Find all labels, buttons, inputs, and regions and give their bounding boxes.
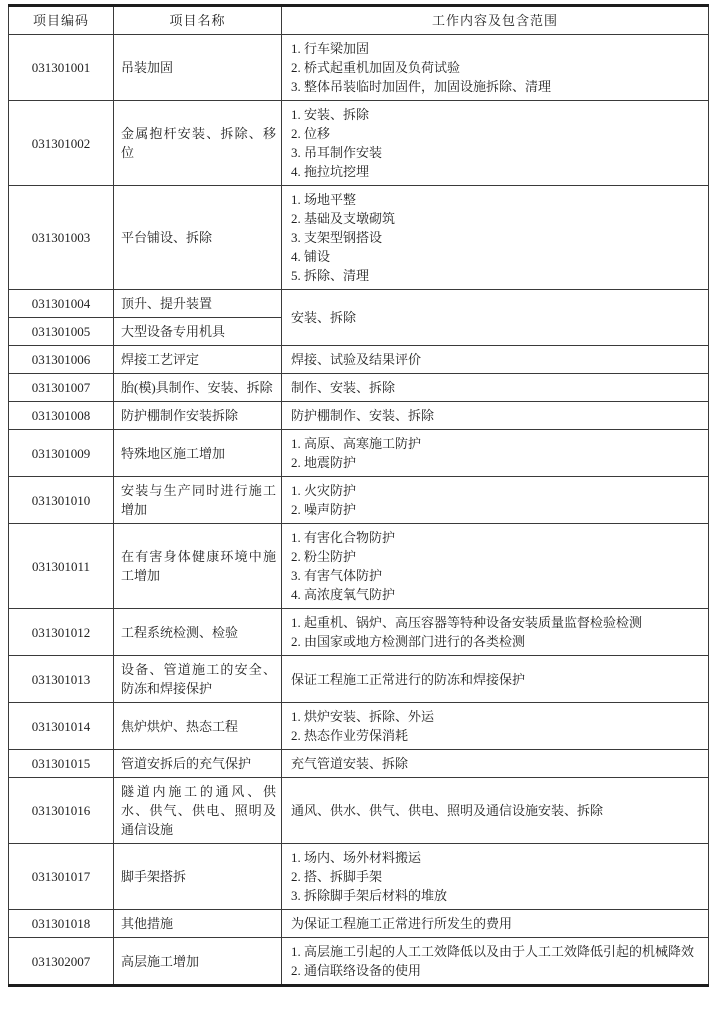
work-content-line: 为保证工程施工正常进行所发生的费用 — [291, 914, 700, 933]
table-row: 031301016隧道内施工的通风、供水、供气、供电、照明及通信设施通风、供水、… — [9, 778, 709, 844]
work-content: 1. 烘炉安装、拆除、外运2. 热态作业劳保消耗 — [282, 703, 709, 750]
project-code: 031301006 — [9, 346, 114, 374]
work-content-line: 2. 粉尘防护 — [291, 547, 700, 566]
project-code: 031301014 — [9, 703, 114, 750]
work-content-line: 1. 烘炉安装、拆除、外运 — [291, 707, 700, 726]
project-name: 设备、管道施工的安全、防冻和焊接保护 — [114, 656, 282, 703]
project-name: 顶升、提升装置 — [114, 290, 282, 318]
table-row: 031301014焦炉烘炉、热态工程1. 烘炉安装、拆除、外运2. 热态作业劳保… — [9, 703, 709, 750]
work-content-line: 3. 拆除脚手架后材料的堆放 — [291, 886, 700, 905]
project-name: 大型设备专用机具 — [114, 318, 282, 346]
work-content-line: 1. 火灾防护 — [291, 481, 700, 500]
project-name: 吊装加固 — [114, 35, 282, 101]
work-content-line: 2. 通信联络设备的使用 — [291, 961, 700, 980]
work-content: 制作、安装、拆除 — [282, 374, 709, 402]
table-row: 031301008防护棚制作安装拆除防护棚制作、安装、拆除 — [9, 402, 709, 430]
project-code: 031301011 — [9, 524, 114, 609]
measures-table: 项目编码 项目名称 工作内容及包含范围 031301001吊装加固1. 行车梁加… — [8, 4, 709, 987]
project-name: 安装与生产同时进行施工增加 — [114, 477, 282, 524]
project-name: 管道安拆后的充气保护 — [114, 750, 282, 778]
work-content-line: 1. 高层施工引起的人工工效降低以及由于人工工效降低引起的机械降效 — [291, 942, 700, 961]
project-code: 031301007 — [9, 374, 114, 402]
project-name: 工程系统检测、检验 — [114, 609, 282, 656]
work-content-line: 1. 安装、拆除 — [291, 105, 700, 124]
project-code: 031301017 — [9, 844, 114, 910]
project-name: 高层施工增加 — [114, 938, 282, 986]
work-content: 充气管道安装、拆除 — [282, 750, 709, 778]
work-content-line: 安装、拆除 — [291, 308, 700, 327]
project-code: 031301009 — [9, 430, 114, 477]
work-content-line: 2. 热态作业劳保消耗 — [291, 726, 700, 745]
project-name: 焦炉烘炉、热态工程 — [114, 703, 282, 750]
header-project-name: 项目名称 — [114, 6, 282, 35]
table-row: 031301011在有害身体健康环境中施工增加1. 有害化合物防护2. 粉尘防护… — [9, 524, 709, 609]
project-code: 031301010 — [9, 477, 114, 524]
project-code: 031302007 — [9, 938, 114, 986]
table-row: 031301013设备、管道施工的安全、防冻和焊接保护保证工程施工正常进行的防冻… — [9, 656, 709, 703]
work-content-line: 焊接、试验及结果评价 — [291, 350, 700, 369]
work-content-line: 2. 搭、拆脚手架 — [291, 867, 700, 886]
work-content-line: 3. 吊耳制作安装 — [291, 143, 700, 162]
work-content: 1. 行车梁加固2. 桥式起重机加固及负荷试验3. 整体吊装临时加固件，加固设施… — [282, 35, 709, 101]
table-row: 031302007高层施工增加1. 高层施工引起的人工工效降低以及由于人工工效降… — [9, 938, 709, 986]
work-content-line: 2. 基础及支墩砌筑 — [291, 209, 700, 228]
work-content-line: 4. 高浓度氧气防护 — [291, 585, 700, 604]
work-content-line: 保证工程施工正常进行的防冻和焊接保护 — [291, 670, 700, 689]
work-content-line: 2. 地震防护 — [291, 453, 700, 472]
table-row: 031301018其他措施为保证工程施工正常进行所发生的费用 — [9, 910, 709, 938]
work-content: 1. 场内、场外材料搬运2. 搭、拆脚手架3. 拆除脚手架后材料的堆放 — [282, 844, 709, 910]
work-content-line: 5. 拆除、清理 — [291, 266, 700, 285]
table-body: 031301001吊装加固1. 行车梁加固2. 桥式起重机加固及负荷试验3. 整… — [9, 35, 709, 986]
project-code: 031301008 — [9, 402, 114, 430]
project-name: 金属抱杆安装、拆除、移位 — [114, 101, 282, 186]
work-content: 1. 场地平整2. 基础及支墩砌筑3. 支架型钢搭设4. 铺设5. 拆除、清理 — [282, 186, 709, 290]
work-content: 焊接、试验及结果评价 — [282, 346, 709, 374]
project-code: 031301013 — [9, 656, 114, 703]
table-row: 031301009特殊地区施工增加1. 高原、高寒施工防护2. 地震防护 — [9, 430, 709, 477]
project-code: 031301012 — [9, 609, 114, 656]
table-row: 031301007胎(模)具制作、安装、拆除制作、安装、拆除 — [9, 374, 709, 402]
project-code: 031301003 — [9, 186, 114, 290]
work-content: 防护棚制作、安装、拆除 — [282, 402, 709, 430]
work-content-line: 3. 有害气体防护 — [291, 566, 700, 585]
work-content: 1. 火灾防护2. 噪声防护 — [282, 477, 709, 524]
table-row: 031301004顶升、提升装置安装、拆除 — [9, 290, 709, 318]
project-code: 031301002 — [9, 101, 114, 186]
header-row: 项目编码 项目名称 工作内容及包含范围 — [9, 6, 709, 35]
work-content-line: 1. 场内、场外材料搬运 — [291, 848, 700, 867]
project-name: 脚手架搭拆 — [114, 844, 282, 910]
work-content-line: 制作、安装、拆除 — [291, 378, 700, 397]
project-name: 焊接工艺评定 — [114, 346, 282, 374]
header-project-code: 项目编码 — [9, 6, 114, 35]
work-content-line: 2. 噪声防护 — [291, 500, 700, 519]
table-row: 031301010安装与生产同时进行施工增加1. 火灾防护2. 噪声防护 — [9, 477, 709, 524]
work-content: 保证工程施工正常进行的防冻和焊接保护 — [282, 656, 709, 703]
work-content-line: 1. 场地平整 — [291, 190, 700, 209]
project-code: 031301016 — [9, 778, 114, 844]
project-code: 031301018 — [9, 910, 114, 938]
work-content-line: 充气管道安装、拆除 — [291, 754, 700, 773]
table-row: 031301017脚手架搭拆1. 场内、场外材料搬运2. 搭、拆脚手架3. 拆除… — [9, 844, 709, 910]
project-code: 031301001 — [9, 35, 114, 101]
work-content-line: 2. 桥式起重机加固及负荷试验 — [291, 58, 700, 77]
work-content-line: 4. 铺设 — [291, 247, 700, 266]
table-row: 031301002金属抱杆安装、拆除、移位1. 安装、拆除2. 位移3. 吊耳制… — [9, 101, 709, 186]
project-name: 平台铺设、拆除 — [114, 186, 282, 290]
work-content-line: 2. 位移 — [291, 124, 700, 143]
project-name: 胎(模)具制作、安装、拆除 — [114, 374, 282, 402]
work-content-line: 4. 拖拉坑挖埋 — [291, 162, 700, 181]
work-content-line: 防护棚制作、安装、拆除 — [291, 406, 700, 425]
work-content: 1. 有害化合物防护2. 粉尘防护3. 有害气体防护4. 高浓度氧气防护 — [282, 524, 709, 609]
work-content: 通风、供水、供气、供电、照明及通信设施安装、拆除 — [282, 778, 709, 844]
project-name: 其他措施 — [114, 910, 282, 938]
work-content: 1. 起重机、锅炉、高压容器等特种设备安装质量监督检验检测2. 由国家或地方检测… — [282, 609, 709, 656]
table-row: 031301012工程系统检测、检验1. 起重机、锅炉、高压容器等特种设备安装质… — [9, 609, 709, 656]
work-content-line: 2. 由国家或地方检测部门进行的各类检测 — [291, 632, 700, 651]
work-content: 1. 高原、高寒施工防护2. 地震防护 — [282, 430, 709, 477]
work-content-line: 1. 起重机、锅炉、高压容器等特种设备安装质量监督检验检测 — [291, 613, 700, 632]
work-content: 为保证工程施工正常进行所发生的费用 — [282, 910, 709, 938]
work-content-line: 通风、供水、供气、供电、照明及通信设施安装、拆除 — [291, 801, 700, 820]
project-code: 031301004 — [9, 290, 114, 318]
project-name: 在有害身体健康环境中施工增加 — [114, 524, 282, 609]
document-page: 项目编码 项目名称 工作内容及包含范围 031301001吊装加固1. 行车梁加… — [0, 0, 716, 991]
project-code: 031301005 — [9, 318, 114, 346]
project-name: 特殊地区施工增加 — [114, 430, 282, 477]
work-content: 1. 安装、拆除2. 位移3. 吊耳制作安装4. 拖拉坑挖埋 — [282, 101, 709, 186]
work-content-line: 1. 行车梁加固 — [291, 39, 700, 58]
header-work-content: 工作内容及包含范围 — [282, 6, 709, 35]
work-content-line: 1. 高原、高寒施工防护 — [291, 434, 700, 453]
table-row: 031301015管道安拆后的充气保护充气管道安装、拆除 — [9, 750, 709, 778]
table-header: 项目编码 项目名称 工作内容及包含范围 — [9, 6, 709, 35]
table-row: 031301006焊接工艺评定焊接、试验及结果评价 — [9, 346, 709, 374]
project-name: 防护棚制作安装拆除 — [114, 402, 282, 430]
project-name: 隧道内施工的通风、供水、供气、供电、照明及通信设施 — [114, 778, 282, 844]
work-content: 1. 高层施工引起的人工工效降低以及由于人工工效降低引起的机械降效2. 通信联络… — [282, 938, 709, 986]
table-row: 031301003平台铺设、拆除1. 场地平整2. 基础及支墩砌筑3. 支架型钢… — [9, 186, 709, 290]
work-content-line: 3. 整体吊装临时加固件，加固设施拆除、清理 — [291, 77, 700, 96]
work-content-line: 3. 支架型钢搭设 — [291, 228, 700, 247]
table-row: 031301001吊装加固1. 行车梁加固2. 桥式起重机加固及负荷试验3. 整… — [9, 35, 709, 101]
work-content: 安装、拆除 — [282, 290, 709, 346]
project-code: 031301015 — [9, 750, 114, 778]
work-content-line: 1. 有害化合物防护 — [291, 528, 700, 547]
